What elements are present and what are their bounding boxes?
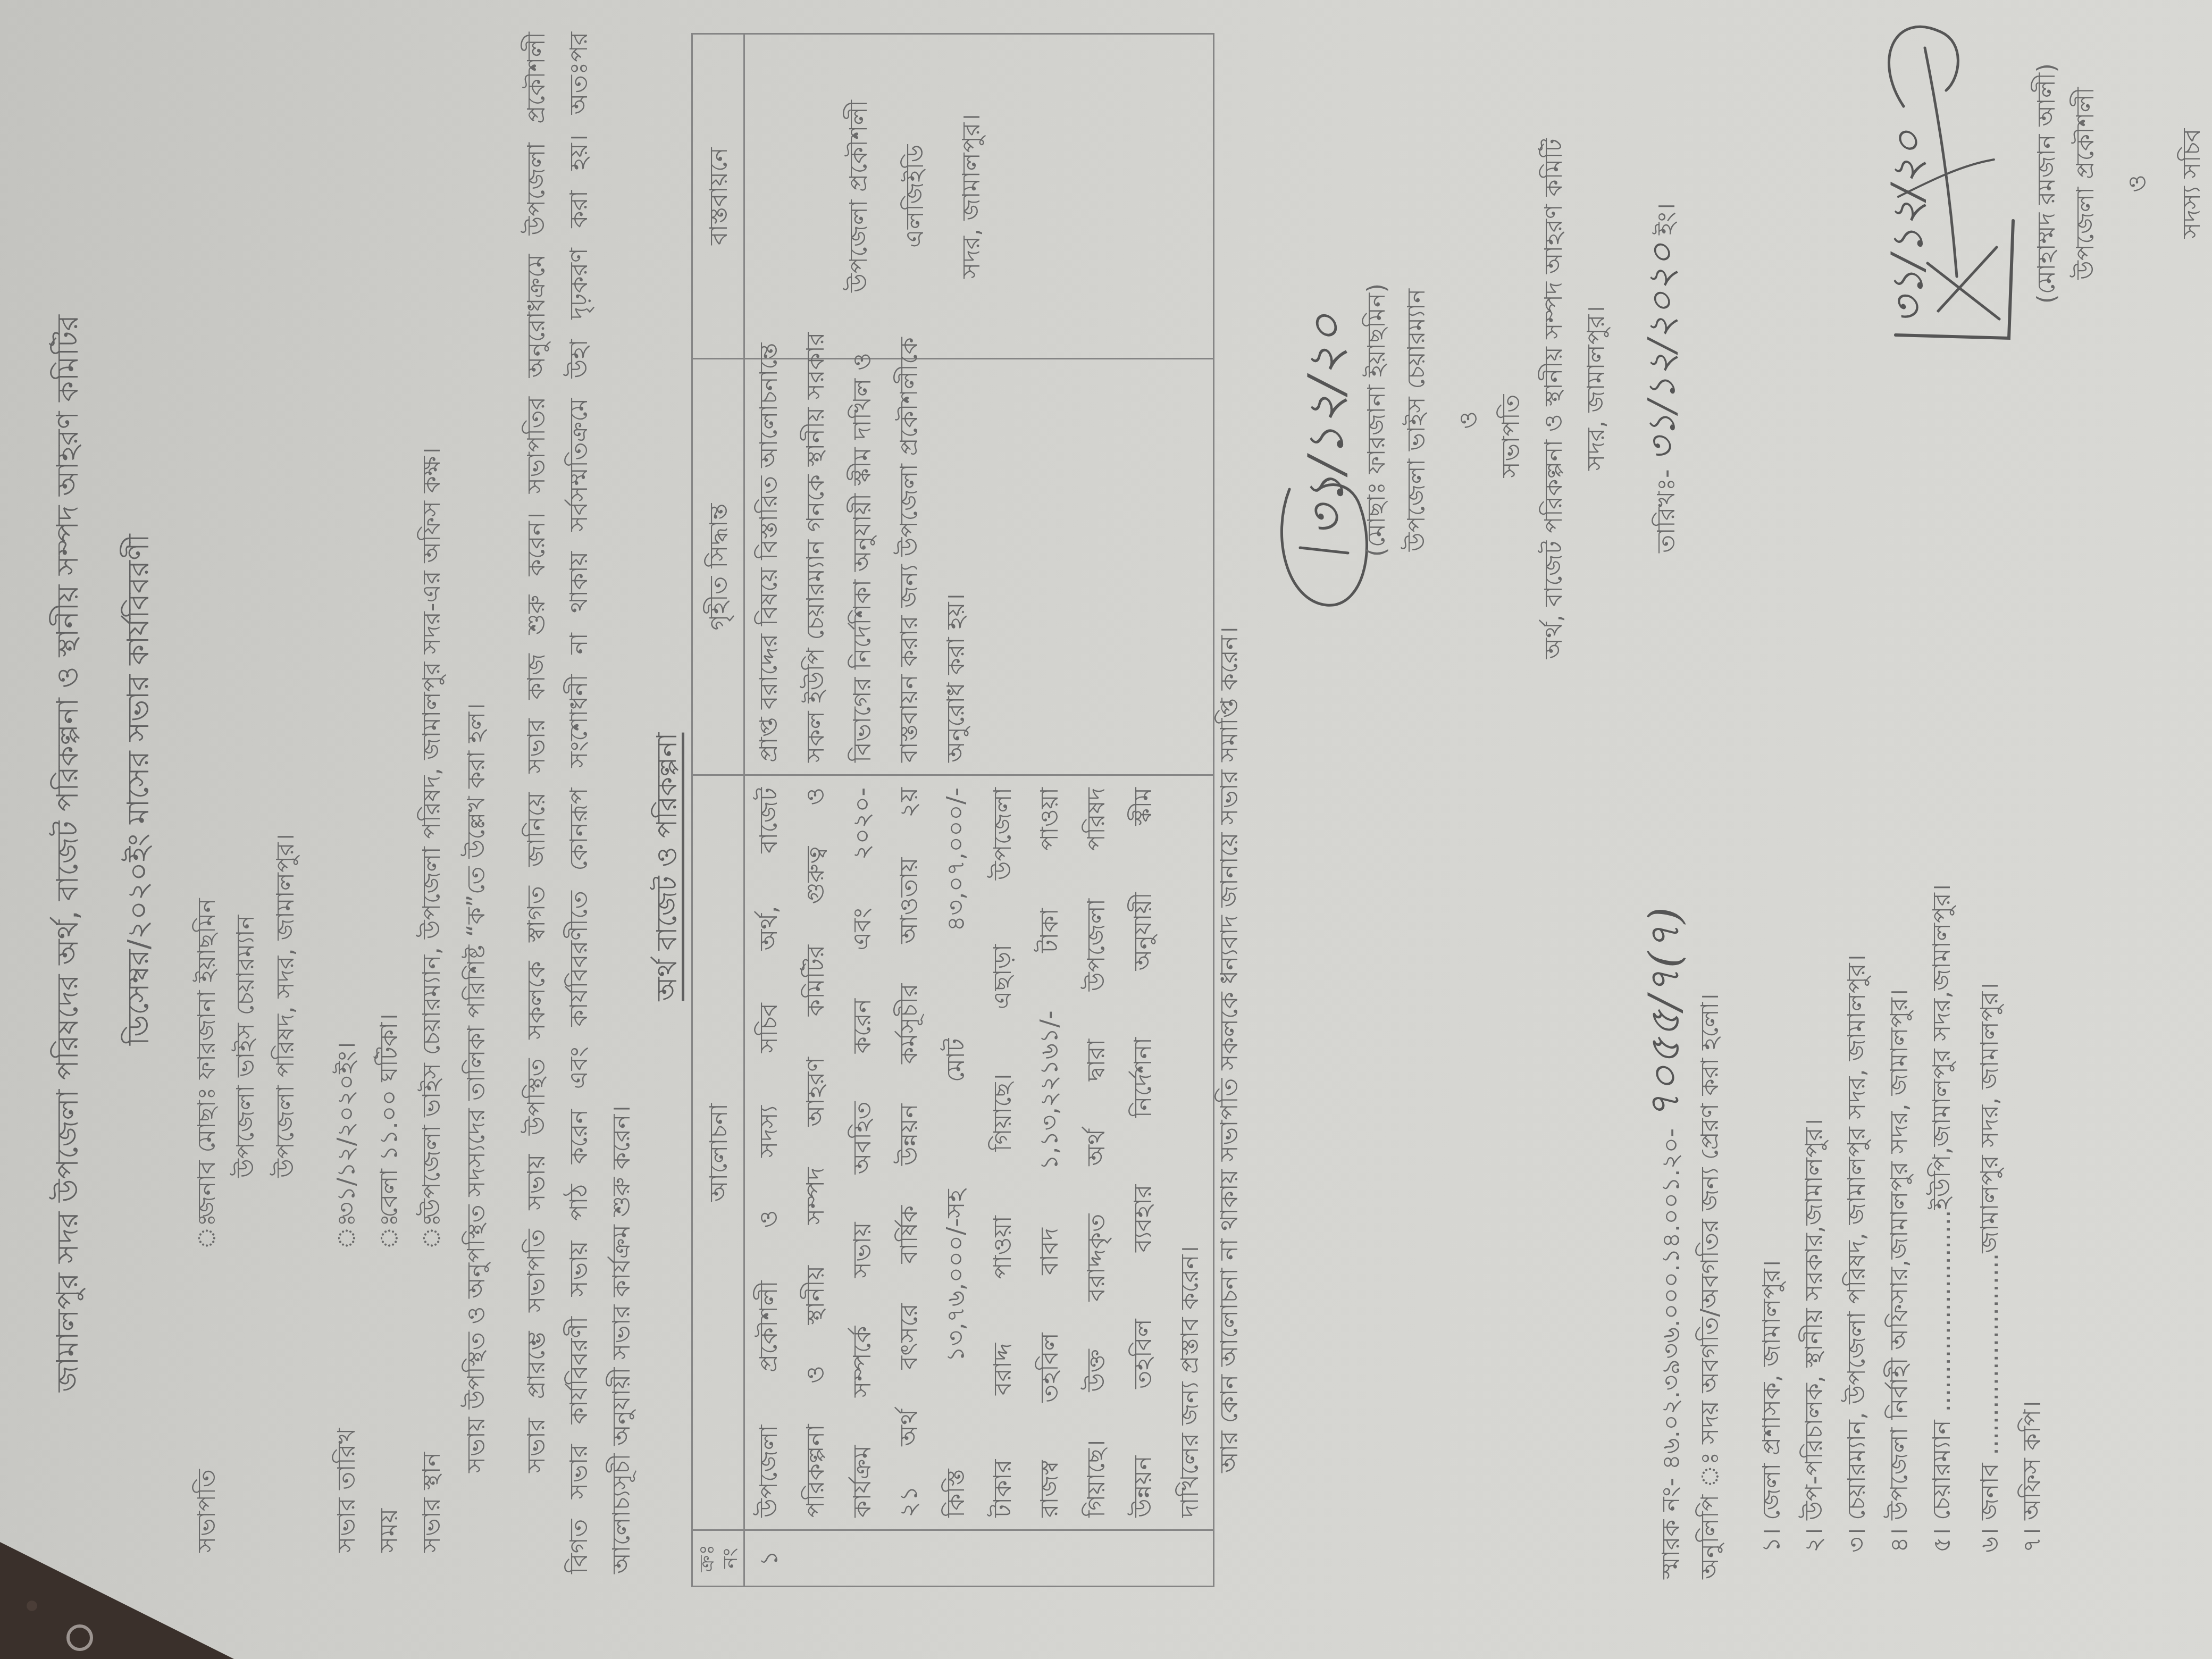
paragraph-line: আলোচ্যসূচী অনুযায়ী সভার কার্যক্রম শুরু … xyxy=(604,1105,639,1574)
meta-value: উপজেলা ভাইস চেয়ারম্যান xyxy=(228,915,263,1178)
document-page: জামালপুর সদর উপজেলা পরিষদের অর্থ, বাজেট … xyxy=(0,0,2212,1659)
discussion-line: দাখিলের জন্য প্রস্তাব করেন। xyxy=(1166,787,1213,1518)
meta-value: উপজেলা ভাইস চেয়ারম্যান, উপজেলা পরিষদ, জ… xyxy=(414,447,449,1218)
list-item: ৩। চেয়ারম্যান, উপজেলা পরিষদ, জামালপুর স… xyxy=(1839,954,1874,1553)
signatory-role: সভাপতি xyxy=(1493,117,1528,755)
decision-line: বাস্তবায়ন করার জন্য উপজেলা প্রকৌশলীকে xyxy=(885,371,932,763)
document-subtitle: ডিসেম্বর/২০২০ইং মাসের সভার কার্যবিবরণী xyxy=(121,0,156,1579)
discussion-line: উপজেলা প্রকৌশলী ও সদস্য সচিব অর্থ, বাজেট xyxy=(745,787,792,1518)
list-item: ৭। অফিস কপি। xyxy=(2014,1401,2049,1553)
implementer-line: সদর, জামালপুর। xyxy=(943,35,999,357)
signature-date: ৩১/১২/২০ xyxy=(1883,129,1932,324)
row-decision: প্রাপ্ত বরাদ্দের বিষয়ে বিস্তারিত আলোচনা… xyxy=(744,359,1214,775)
discussion-line: উন্নয়ন তহবিল ব্যবহার নির্দেশনা অনুযায়ী… xyxy=(1119,787,1166,1518)
attendance-note: সভায় উপস্থিত ও অনুপস্থিত সদস্যদের তালিক… xyxy=(458,703,493,1473)
document-title: জামালপুর সদর উপজেলা পরিষদের অর্থ, বাজেট … xyxy=(51,48,86,1659)
column-header-serial: ক্রঃ নং xyxy=(692,1530,744,1587)
decision-line: অনুরোধ করা হয়। xyxy=(932,371,979,763)
section-title: অর্থ বাজেট ও পরিকল্পনা xyxy=(650,654,685,1079)
meta-label: সভার তারিখ xyxy=(329,1428,364,1553)
row-discussion: উপজেলা প্রকৌশলী ও সদস্য সচিব অর্থ, বাজেট… xyxy=(744,775,1214,1530)
discussion-line: কার্যক্রম সম্পর্কে সভায় অবহিত করেন এবং … xyxy=(839,787,885,1518)
serial-header-line: ক্রঃ xyxy=(695,1531,718,1585)
memo-label: স্মারক নং- xyxy=(1656,1478,1685,1579)
meta-label: সময় xyxy=(371,1509,406,1553)
column-header-discussion: আলোচনা xyxy=(692,775,744,1530)
paragraph-line: সভার প্রারম্ভে সভাপতি সভায় উপস্থিত সকলক… xyxy=(518,32,554,1473)
minutes-table: ক্রঃ নং আলোচনা গৃহীত সিদ্ধান্ত বাস্তবায়… xyxy=(691,33,1214,1587)
table-row: ১ উপজেলা প্রকৌশলী ও সদস্য সচিব অর্থ, বাজ… xyxy=(744,34,1214,1587)
row-serial: ১ xyxy=(744,1530,1214,1587)
list-item: ৬। জনাব ..........................জামালপ… xyxy=(1972,983,2007,1553)
serial-header-line: নং xyxy=(718,1531,742,1585)
memo-number-line: স্মারক নং- ৪৬.০২.৩৯৩৬.০০০.১৪.০০১.২০- ৭০৫… xyxy=(1647,907,1688,1579)
list-item: ১। জেলা প্রশাসক, জামালপুর। xyxy=(1754,1260,1789,1553)
discussion-line: টাকার বরাদ্দ পাওয়া গিয়াছে। এছাড়া উপজে… xyxy=(979,787,1026,1518)
meta-separator: ঃ xyxy=(371,1213,406,1250)
signatory-designation: উপজেলা ভাইস চেয়ারম্যান xyxy=(1398,101,1434,739)
meta-value: ৩১/১২/২০২০ইং। xyxy=(329,1042,364,1218)
meta-value: জনাব মোছাঃ ফারজানা ইয়াছমিন xyxy=(189,898,224,1218)
discussion-line: ২১ অর্থ বৎসরে বার্ষিক উন্নয়ন কর্মসূচীর … xyxy=(885,787,932,1518)
closing-statement: আর কোন আলোচনা না থাকায় সভাপতি সকলকে ধন্… xyxy=(1211,626,1246,1473)
background-fabric-corner xyxy=(0,1521,234,1659)
signatory-role: সদস্য সচিব xyxy=(2174,0,2209,396)
list-item: ৪। উপজেলা নির্বাহী অফিসার,জামালপুর সদর, … xyxy=(1881,989,1916,1553)
implementer-line: এলজিইডি xyxy=(886,35,943,357)
discussion-line: গিয়াছে। উক্ত বরাদ্দকৃত অর্থ দ্বারা উপজে… xyxy=(1073,787,1119,1518)
discussion-line: রাজস্ব তহবিল বাবদ ১,১৩,২২১৬১/- টাকা পাওয… xyxy=(1026,787,1073,1518)
signatory-name: (মোহাম্মদ রমজান আলী) xyxy=(2029,0,2064,396)
meta-separator: ঃ xyxy=(329,1213,364,1250)
signature-member-secretary: ৩১/১২/২০ xyxy=(1866,5,2026,356)
signatory-location: সদর, জামালপুর। xyxy=(1578,69,1613,707)
copy-to-intro: অনুলিপি ঃ সদয় অবগতি/অবগতির জন্য প্রেরণ … xyxy=(1692,993,1727,1579)
meta-value: উপজেলা পরিষদ, সদর, জামালপুর। xyxy=(267,834,303,1178)
signatory-name: (মোছাঃ ফারজানা ইয়াছমিন) xyxy=(1359,101,1394,739)
meta-value: বেলা ১১.০০ ঘটিকা। xyxy=(371,1013,406,1218)
implementer-line: উপজেলা প্রকৌশলী xyxy=(830,35,886,357)
meta-separator: ঃ xyxy=(414,1213,449,1250)
row-implementer: উপজেলা প্রকৌশলী এলজিইডি সদর, জামালপুর। xyxy=(744,34,1214,359)
discussion-line: পরিকল্পনা ও স্থানীয় সম্পদ আহরণ কমিটির গ… xyxy=(792,787,839,1518)
date-label: তারিখঃ- xyxy=(1652,469,1680,553)
decision-line: সকল ইউপি চেয়ারম্যান গনকে স্থানীয় সরকার xyxy=(792,371,839,763)
meta-separator: ঃ xyxy=(189,1213,224,1250)
column-header-implementer: বাস্তবায়নে xyxy=(692,34,744,359)
list-item: ৫। চেয়ারম্যান .........................… xyxy=(1924,884,1959,1553)
discussion-line: কিস্তি ১৩,৭৬,০০০/-সহ মোট ৪৩,০৭,০০০/- xyxy=(932,787,979,1518)
list-item: ২। উপ-পরিচালক, স্থানীয় সরকার,জামালপুর। xyxy=(1796,1119,1831,1553)
signatory-committee: অর্থ, বাজেট পরিকল্পনা ও স্থানীয় সম্পদ আ… xyxy=(1536,80,1571,718)
signatory-conjunction: ও xyxy=(2119,0,2155,396)
memo-handwritten-number: ৭০৫৫/৭(৭) xyxy=(1640,907,1689,1120)
signatory-conjunction: ও xyxy=(1451,101,1486,739)
memo-number: ৪৬.০২.৩৯৩৬.০০০.১৪.০০১.২০- xyxy=(1656,1128,1685,1470)
table-header-row: ক্রঃ নং আলোচনা গৃহীত সিদ্ধান্ত বাস্তবায়… xyxy=(692,34,744,1587)
date-suffix: ইং। xyxy=(1652,203,1680,235)
handwritten-date: ৩১/১২/২০২০ xyxy=(1640,243,1683,462)
date-line: তারিখঃ- ৩১/১২/২০২০ ইং। xyxy=(1644,203,1683,553)
meta-label: সভার স্থান xyxy=(414,1452,449,1553)
signature-date: ৩১/১২/২০ xyxy=(1297,313,1354,537)
paragraph-line: বিগত সভার কার্যবিবরণী সভায় পাঠ করেন এবং… xyxy=(561,32,596,1574)
column-header-decision: গৃহীত সিদ্ধান্ত xyxy=(692,359,744,775)
signatory-designation: উপজেলা প্রকৌশলী xyxy=(2067,0,2102,396)
decision-line: বিভাগের নির্দেশিকা অনুযায়ী স্কীম দাখিল … xyxy=(839,371,885,763)
decision-line: প্রাপ্ত বরাদ্দের বিষয়ে বিস্তারিত আলোচনা… xyxy=(745,371,792,763)
